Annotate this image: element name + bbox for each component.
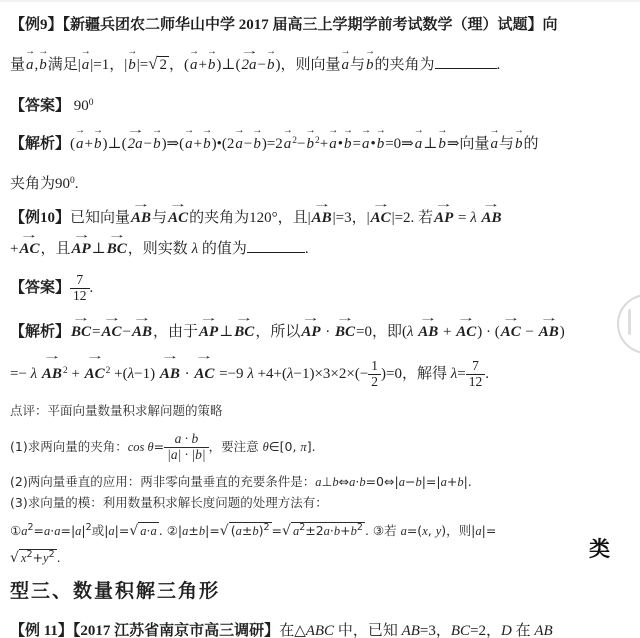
vector-AC: AC — [101, 321, 123, 344]
answer-blank — [247, 238, 305, 253]
text: ，要注意 — [209, 439, 263, 454]
text: +4+( — [254, 366, 287, 382]
section-heading: 型三、数量积解三角形 — [10, 580, 626, 604]
vector-AB: AB — [41, 359, 63, 389]
example10-solution-2: =− λ AB2 + AC2 +(λ−1) AB · AC =−9 λ +4+(… — [10, 356, 626, 390]
circle-inner-bar-icon — [628, 309, 631, 335]
text: 已知向量 — [70, 210, 130, 226]
text: |= — [482, 523, 497, 538]
vector-2a: 2a — [127, 133, 144, 156]
text: −1)×3×2×(− — [293, 366, 368, 382]
text: . ③若 — [365, 523, 401, 538]
text: . — [75, 176, 79, 192]
text: −1) — [134, 366, 159, 382]
vector-AC: AC — [370, 207, 392, 230]
denominator: 12 — [70, 289, 90, 304]
radical: a·a — [129, 523, 158, 538]
text: |=1，| — [90, 57, 127, 73]
text: =0⇒ — [385, 136, 414, 152]
radical: 2 — [148, 57, 169, 73]
text: |. — [464, 474, 472, 489]
text: ± — [188, 523, 198, 538]
text: )⇒( — [162, 136, 185, 152]
vector-b: b — [365, 54, 375, 77]
text: 点评：平面向量数量积求解问题的策略 — [10, 403, 223, 418]
text: . — [305, 241, 309, 257]
vector-a: a — [489, 133, 499, 156]
example9-solution-1: 【解析】(a+b)⊥(2a−b)⇒(a+b)•(2a−b)=2a2−b2+a•b… — [10, 130, 626, 156]
text: |= — [205, 523, 220, 538]
vector-AC: AC — [500, 321, 522, 344]
text: . ②| — [159, 523, 182, 538]
text: + — [320, 136, 328, 152]
text: =| — [60, 523, 75, 538]
vector-2a: 2a — [241, 54, 258, 77]
text: = — [457, 366, 465, 382]
text: − — [123, 324, 131, 340]
text: 与 — [152, 210, 167, 226]
strategy-point-2: (2)两向量垂直的应用：两非零向量垂直的充要条件是：a⊥b⇔a·b=0⇔|a−b… — [10, 473, 626, 491]
text: |= — [137, 57, 148, 73]
vector-AC: AC — [167, 207, 189, 230]
text: |=2. 若 — [392, 210, 433, 226]
example9-source-line: 【例9】【新疆兵团农二师华山中学 2017 届高三上学期学前考试数学（理）试题】… — [10, 14, 626, 37]
text: · — [181, 366, 194, 382]
text: =− — [10, 366, 31, 382]
vector-AB: AB — [417, 321, 439, 344]
fraction: 12 — [368, 359, 381, 390]
text: ，( — [169, 57, 189, 73]
text: )=2 — [262, 136, 283, 152]
radicand: a2±2a·b+b2 — [291, 522, 365, 538]
numerator: 7 — [466, 359, 486, 375]
vector-b: b — [376, 133, 386, 156]
text: , — [428, 523, 436, 538]
example10-statement-1: 【例10】已知向量AB与AC的夹角为120°，且|AB|=3，|AC|=2. 若… — [10, 207, 626, 230]
vector-AB: AB — [480, 207, 502, 230]
vector-a: a — [283, 133, 293, 156]
strategy-point-3-formulas: ①a2=a·a=|a|2或|a|=a·a. ②|a±b|=(a±b)2=a2±2… — [10, 516, 626, 543]
text: ) — [560, 324, 565, 340]
text: − — [297, 136, 305, 152]
text: 的 — [523, 136, 538, 152]
text: ⊥ — [219, 324, 233, 340]
math-symbol: cos θ — [128, 440, 154, 454]
text: )，则向量 — [275, 57, 340, 73]
bold-label: 【解析】 — [10, 136, 70, 152]
text: + — [340, 523, 350, 538]
text: )•(2 — [212, 136, 235, 152]
text: − — [258, 57, 266, 73]
radicand: x2+y2 — [19, 549, 57, 565]
text: − — [522, 324, 538, 340]
vector-AP: AP — [71, 238, 92, 261]
strategy-point-1: (1)求两向量的夹角：cos θ=a · b|a| · |b|，要注意 θ∈[0… — [10, 432, 626, 463]
superscript: 2 — [49, 549, 55, 560]
text: + — [447, 474, 457, 489]
text: 满足| — [48, 57, 81, 73]
vector-AB: AB — [131, 321, 153, 344]
fraction: a · b|a| · |b| — [164, 432, 208, 463]
text: ⇒向量 — [447, 136, 490, 152]
vector-a: a — [184, 133, 194, 156]
text: ，由于 — [153, 324, 198, 340]
stray-heading-char: 类 — [589, 537, 610, 561]
text: ① — [10, 523, 21, 538]
text: 量 — [10, 57, 25, 73]
math-symbol: λ — [470, 210, 477, 226]
text: ，且 — [40, 241, 70, 257]
text: ∈[0, — [269, 439, 301, 454]
text: ±2 — [305, 523, 323, 538]
bold-label: 【解析】 — [10, 324, 70, 340]
text: = — [454, 210, 470, 226]
answer-blank — [435, 54, 497, 69]
vector-a: a — [361, 133, 371, 156]
text: ⊥ — [92, 241, 106, 257]
text: 型三、数量积解三角形 — [10, 581, 220, 602]
vector-AP: AP — [433, 207, 454, 230]
text: + — [33, 550, 43, 565]
vector-AC: AC — [84, 359, 106, 389]
text: =0⇔| — [366, 474, 399, 489]
strategy-point-3: (3)求向量的模：利用数量积求解长度问题的处理方法有： — [10, 494, 626, 512]
vector-BC: BC — [233, 321, 255, 344]
vector-BC: BC — [106, 238, 128, 261]
example9-solution-2: 夹角为900. — [10, 170, 626, 196]
text: =0，即( — [356, 324, 407, 340]
numerator: a · b — [164, 432, 208, 448]
bold-label: 【例10】 — [10, 210, 70, 226]
text: (1)求两向量的夹角： — [10, 439, 128, 454]
text: ]. — [307, 439, 316, 454]
text: 或| — [92, 523, 109, 538]
vector-b: b — [266, 54, 276, 77]
vector-b: b — [127, 54, 137, 77]
text: · — [322, 324, 335, 340]
text: 夹角为90 — [10, 176, 70, 192]
fraction: 712 — [70, 273, 90, 304]
vector-AB: AB — [159, 359, 181, 389]
text: )，则| — [441, 523, 475, 538]
radical: a2±2a·b+b2 — [282, 523, 365, 538]
text: (3)求向量的模：利用数量积求解长度问题的处理方法有： — [10, 495, 328, 510]
superscript: 0 — [89, 98, 94, 108]
numerator: 7 — [70, 273, 90, 289]
text: (2)两向量垂直的应用：两非零向量垂直的充要条件是： — [10, 474, 315, 489]
denominator: 2 — [368, 375, 381, 390]
text: |= — [115, 523, 130, 538]
vector-BC: BC — [334, 321, 356, 344]
text: = — [272, 523, 282, 538]
vector-a: a — [340, 54, 350, 77]
vector-b: b — [252, 133, 262, 156]
vector-b: b — [514, 133, 524, 156]
text: + — [194, 136, 202, 152]
fraction: 712 — [466, 359, 486, 390]
text: . — [485, 366, 489, 382]
example10-statement-2: +AC，且AP⊥BC，则实数 λ 的值为. — [10, 238, 626, 261]
text: . — [57, 550, 61, 565]
superscript: 2 — [263, 522, 269, 533]
radicand: (a±b)2 — [229, 522, 272, 538]
text: =( — [407, 523, 422, 538]
text: ⇔ — [339, 474, 349, 489]
document-body: 【例9】【新疆兵团农二师华山中学 2017 届高三上学期学前考试数学（理）试题】… — [0, 2, 640, 638]
vector-AB: AB — [130, 207, 152, 230]
vector-AP: AP — [300, 321, 321, 344]
vector-AB: AB — [538, 321, 560, 344]
text: 与 — [499, 136, 514, 152]
vector-a: a — [25, 54, 35, 77]
vector-AC: AC — [18, 238, 40, 261]
text: ) · ( — [477, 324, 500, 340]
text: ，则实数 — [128, 241, 192, 257]
radicand: 2 — [157, 56, 169, 73]
text: + — [198, 57, 206, 73]
example10-solution-1: 【解析】BC=AC−AB，由于AP⊥BC，所以AP · BC=0，即(λ AB … — [10, 321, 626, 344]
text: − — [405, 474, 415, 489]
text: 2 — [159, 57, 167, 73]
vector-b: b — [202, 133, 212, 156]
vector-b: b — [306, 133, 316, 156]
text: 的值为 — [198, 241, 247, 257]
text: = — [92, 324, 100, 340]
text: |=3，| — [333, 210, 370, 226]
example9-statement: 量a,b满足|a|=1，|b|=2，(a+b)⊥(2a−b)，则向量a与b的夹角… — [10, 52, 626, 77]
numerator: 1 — [368, 359, 381, 375]
radical: (a±b)2 — [220, 523, 272, 538]
vector-AC: AC — [193, 359, 215, 389]
vector-a: a — [81, 54, 91, 77]
vector-a: a — [414, 133, 424, 156]
text: 与 — [350, 57, 365, 73]
radical: x2+y2 — [10, 550, 57, 565]
text: 的夹角为 — [375, 57, 435, 73]
denominator: |a| · |b| — [164, 448, 208, 463]
radicand: a·a — [138, 522, 158, 538]
vector-AC: AC — [455, 321, 477, 344]
strategy-point-3-end: x2+y2.类 — [10, 543, 626, 570]
text: = — [34, 523, 44, 538]
vector-a: a — [189, 54, 199, 77]
text: . — [497, 57, 501, 73]
text: ± — [242, 523, 252, 538]
text: − — [244, 136, 252, 152]
text: 的夹角为120°，且| — [189, 210, 311, 226]
text: + — [10, 241, 18, 257]
text: . — [90, 280, 94, 296]
vector-b: b — [207, 54, 217, 77]
vector-BC: BC — [70, 321, 92, 344]
vector-AP: AP — [198, 321, 219, 344]
text: 90 — [70, 98, 89, 114]
example9-answer: 【答案】 900 — [10, 92, 626, 118]
text: 【例9】【新疆兵团农二师华山中学 2017 届高三上学期学前考试数学（理）试题】… — [10, 17, 558, 33]
vector-b: b — [437, 133, 447, 156]
text: + — [439, 324, 455, 340]
comment-title: 点评：平面向量数量积求解问题的策略 — [10, 402, 626, 420]
example10-answer: 【答案】712. — [10, 271, 626, 305]
text: =−9 — [215, 366, 247, 382]
superscript: 2 — [357, 522, 363, 533]
text: |=| — [422, 474, 441, 489]
math-symbol: a — [151, 524, 157, 538]
vector-b: b — [93, 133, 103, 156]
denominator: 12 — [466, 375, 486, 390]
vector-a: a — [234, 133, 244, 156]
vector-a: a — [328, 133, 338, 156]
text: + — [85, 136, 93, 152]
bold-label: 【答案】 — [10, 280, 70, 296]
text: = — [154, 439, 164, 454]
bold-label: 【答案】 — [10, 98, 70, 114]
vector-b: b — [343, 133, 353, 156]
text: − — [144, 136, 152, 152]
vector-a: a — [75, 133, 85, 156]
page: { "page": {"bg": "#ffffff", "text_color"… — [0, 0, 640, 638]
text: ，所以 — [255, 324, 300, 340]
text: )=0，解得 — [381, 366, 451, 382]
text: ⊥ — [321, 474, 332, 489]
vector-b: b — [38, 54, 48, 77]
text: + — [68, 366, 84, 382]
text: )⊥( — [216, 57, 240, 73]
example11-statement: 【例 11】【2017 江苏省南京市高三调研】在△ABC 中，已知 AB=3，B… — [10, 620, 626, 638]
text: = — [352, 136, 360, 152]
text: )⊥( — [102, 136, 126, 152]
text: +( — [110, 366, 127, 382]
text: ⊥ — [423, 136, 437, 152]
vector-AB: AB — [311, 207, 333, 230]
vector-b: b — [152, 133, 162, 156]
